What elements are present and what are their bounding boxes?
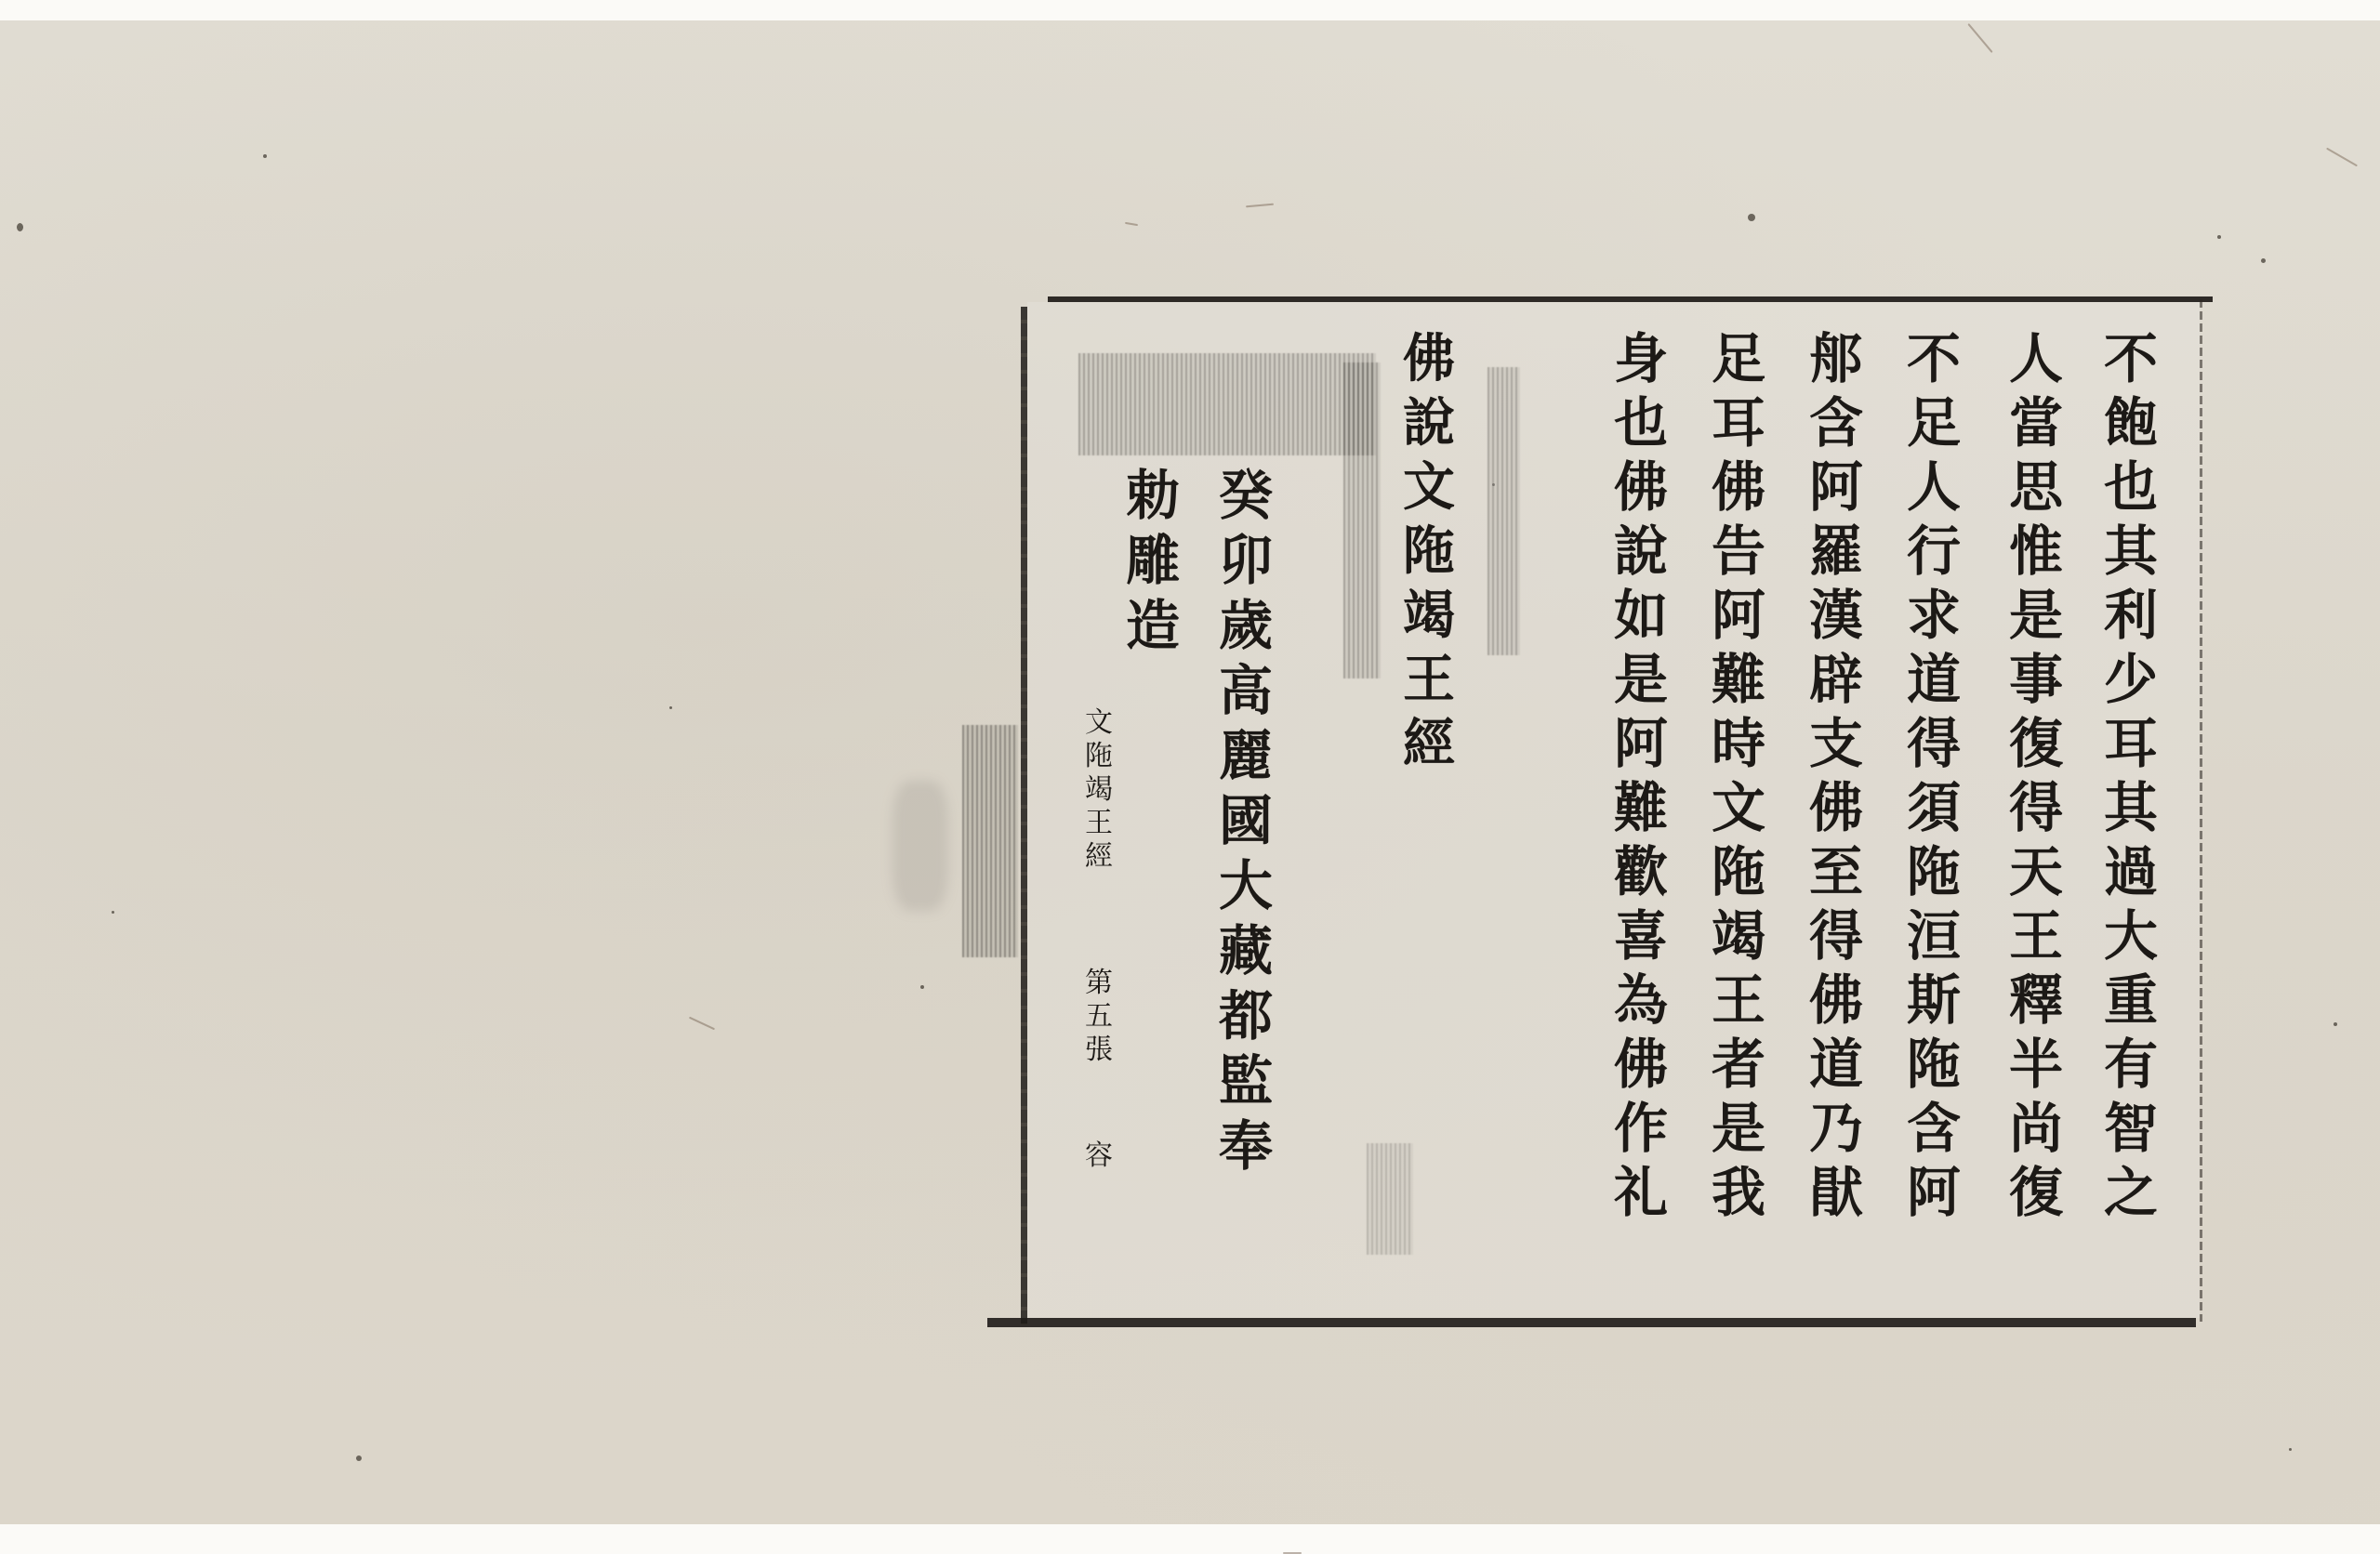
character: 足 — [1907, 391, 1961, 455]
character: 求 — [1907, 584, 1961, 648]
character: 文 — [1712, 776, 1765, 840]
character: 復 — [2009, 712, 2063, 776]
character: 有 — [2104, 1033, 2158, 1097]
character: 藏 — [1219, 918, 1273, 983]
character: 奉 — [1219, 1113, 1273, 1179]
character: 陁 — [1403, 520, 1455, 584]
character: 佛 — [1403, 327, 1455, 391]
character: 道 — [1809, 1033, 1863, 1097]
text-column-1: 不飽也其利少耳其過大重有智之 — [2094, 327, 2168, 1225]
character: 是 — [1712, 1097, 1765, 1161]
character: 者 — [1712, 1033, 1765, 1097]
character: 身 — [1614, 327, 1668, 391]
character: 難 — [1614, 776, 1668, 840]
character: 都 — [1219, 983, 1273, 1048]
character: 王 — [2009, 904, 2063, 968]
text-column-5: 足耳佛告阿難時文陁竭王者是我 — [1701, 327, 1776, 1225]
character: 阿 — [1809, 455, 1863, 520]
character: 大 — [1219, 853, 1273, 918]
character: 竭 — [1403, 584, 1455, 648]
character: 須 — [1907, 776, 1961, 840]
frame-left-border — [1021, 307, 1027, 1324]
character: 如 — [1614, 584, 1668, 648]
character: 國 — [1219, 788, 1273, 853]
character: 猒 — [1809, 1161, 1863, 1225]
character: 人 — [1907, 455, 1961, 520]
marginal-title: 文陁竭王經 — [1085, 706, 1113, 874]
character: 告 — [1712, 520, 1765, 584]
character: 也 — [2104, 455, 2158, 520]
ink-bleed-bottom-mid — [1367, 1143, 1413, 1255]
ink-bleed-title-right — [1487, 367, 1520, 655]
frame-bottom-border — [987, 1318, 2196, 1327]
character: 得 — [1907, 712, 1961, 776]
text-column-6: 身也佛說如是阿難歡喜為佛作礼 — [1604, 327, 1678, 1225]
character: 郍 — [1809, 327, 1863, 391]
character: 容 — [1085, 1139, 1113, 1173]
text-column-4: 郍含阿羅漢辟支佛至得佛道乃猒 — [1799, 327, 1873, 1225]
character: 雕 — [1126, 528, 1180, 593]
character: 行 — [1907, 520, 1961, 584]
character: 阿 — [1907, 1161, 1961, 1225]
character: 天 — [2009, 840, 2063, 904]
character: 洹 — [1907, 904, 1961, 968]
character: 支 — [1809, 712, 1863, 776]
character: 竭 — [1712, 904, 1765, 968]
character: 陁 — [1085, 740, 1113, 773]
character: 道 — [1907, 648, 1961, 712]
character: 少 — [2104, 648, 2158, 712]
character: 佛 — [1809, 968, 1863, 1033]
character: 經 — [1085, 840, 1113, 874]
character: 王 — [1403, 648, 1455, 712]
character: 五 — [1085, 1000, 1113, 1034]
character: 張 — [1085, 1034, 1113, 1067]
character: 王 — [1712, 968, 1765, 1033]
character: 說 — [1403, 391, 1455, 455]
character: 阿 — [1712, 584, 1765, 648]
marginal-case-mark: 容 — [1085, 1139, 1113, 1173]
character: 飽 — [2104, 391, 2158, 455]
colophon-line-1: 癸卯歲高麗國大藏都監奉 — [1209, 463, 1283, 1179]
character: 其 — [2104, 776, 2158, 840]
character: 文 — [1085, 706, 1113, 740]
character: 阿 — [1614, 712, 1668, 776]
character: 說 — [1614, 520, 1668, 584]
character: 半 — [2009, 1033, 2063, 1097]
character: 大 — [2104, 904, 2158, 968]
character: 是 — [2009, 584, 2063, 648]
character: 礼 — [1614, 1161, 1668, 1225]
character: 陁 — [1712, 840, 1765, 904]
character: 為 — [1614, 968, 1668, 1033]
character: 竭 — [1085, 773, 1113, 807]
ink-bleed-left — [962, 725, 1018, 957]
frame-top-border — [1048, 296, 2213, 302]
character: 是 — [1614, 648, 1668, 712]
character: 事 — [2009, 648, 2063, 712]
character: 含 — [1809, 391, 1863, 455]
character: 佛 — [1614, 1033, 1668, 1097]
character: 麗 — [1219, 723, 1273, 788]
character: 足 — [1712, 327, 1765, 391]
character: 得 — [2009, 776, 2063, 840]
character: 文 — [1403, 455, 1455, 520]
ink-bleed-top — [1078, 353, 1376, 455]
character: 尚 — [2009, 1097, 2063, 1161]
character: 歲 — [1219, 593, 1273, 658]
character: 經 — [1403, 712, 1455, 776]
character: 歡 — [1614, 840, 1668, 904]
character: 至 — [1809, 840, 1863, 904]
character: 利 — [2104, 584, 2158, 648]
character: 佛 — [1809, 776, 1863, 840]
text-column-2: 人當思惟是事復得天王釋半尚復 — [1999, 327, 2073, 1225]
character: 時 — [1712, 712, 1765, 776]
character: 也 — [1614, 391, 1668, 455]
character: 作 — [1614, 1097, 1668, 1161]
character: 重 — [2104, 968, 2158, 1033]
character: 思 — [2009, 455, 2063, 520]
character: 辟 — [1809, 648, 1863, 712]
character: 高 — [1219, 658, 1273, 723]
marginal-page-number: 第五張 — [1085, 967, 1113, 1067]
character: 不 — [2104, 327, 2158, 391]
character: 監 — [1219, 1048, 1273, 1113]
character: 過 — [2104, 840, 2158, 904]
character: 釋 — [2009, 968, 2063, 1033]
character: 耳 — [2104, 712, 2158, 776]
colophon-line-2: 勅雕造 — [1116, 463, 1190, 658]
text-column-3: 不足人行求道得須陁洹斯陁含阿 — [1897, 327, 1971, 1225]
character: 佛 — [1614, 455, 1668, 520]
character: 第 — [1085, 967, 1113, 1000]
character: 卯 — [1219, 528, 1273, 593]
character: 陁 — [1907, 840, 1961, 904]
character: 喜 — [1614, 904, 1668, 968]
character: 復 — [2009, 1161, 2063, 1225]
character: 勅 — [1126, 463, 1180, 528]
character: 當 — [2009, 391, 2063, 455]
character: 王 — [1085, 807, 1113, 840]
character: 智 — [2104, 1097, 2158, 1161]
character: 癸 — [1219, 463, 1273, 528]
character: 造 — [1126, 593, 1180, 658]
frame-right-border — [2200, 299, 2202, 1322]
marginal-note: 文陁竭王經 第五張 容 — [1078, 706, 1120, 1173]
character: 其 — [2104, 520, 2158, 584]
character: 羅 — [1809, 520, 1863, 584]
sutra-title: 佛說文陁竭王經 — [1392, 327, 1466, 776]
character: 乃 — [1809, 1097, 1863, 1161]
character: 之 — [2104, 1161, 2158, 1225]
character: 得 — [1809, 904, 1863, 968]
character: 人 — [2009, 327, 2063, 391]
character: 惟 — [2009, 520, 2063, 584]
character: 不 — [1907, 327, 1961, 391]
character: 含 — [1907, 1097, 1961, 1161]
ink-bleed-title-left — [1343, 362, 1381, 678]
character: 耳 — [1712, 391, 1765, 455]
character: 佛 — [1712, 455, 1765, 520]
character: 斯 — [1907, 968, 1961, 1033]
character: 我 — [1712, 1161, 1765, 1225]
ink-smudge — [892, 781, 948, 911]
character: 漢 — [1809, 584, 1863, 648]
character: 陁 — [1907, 1033, 1961, 1097]
character: 難 — [1712, 648, 1765, 712]
